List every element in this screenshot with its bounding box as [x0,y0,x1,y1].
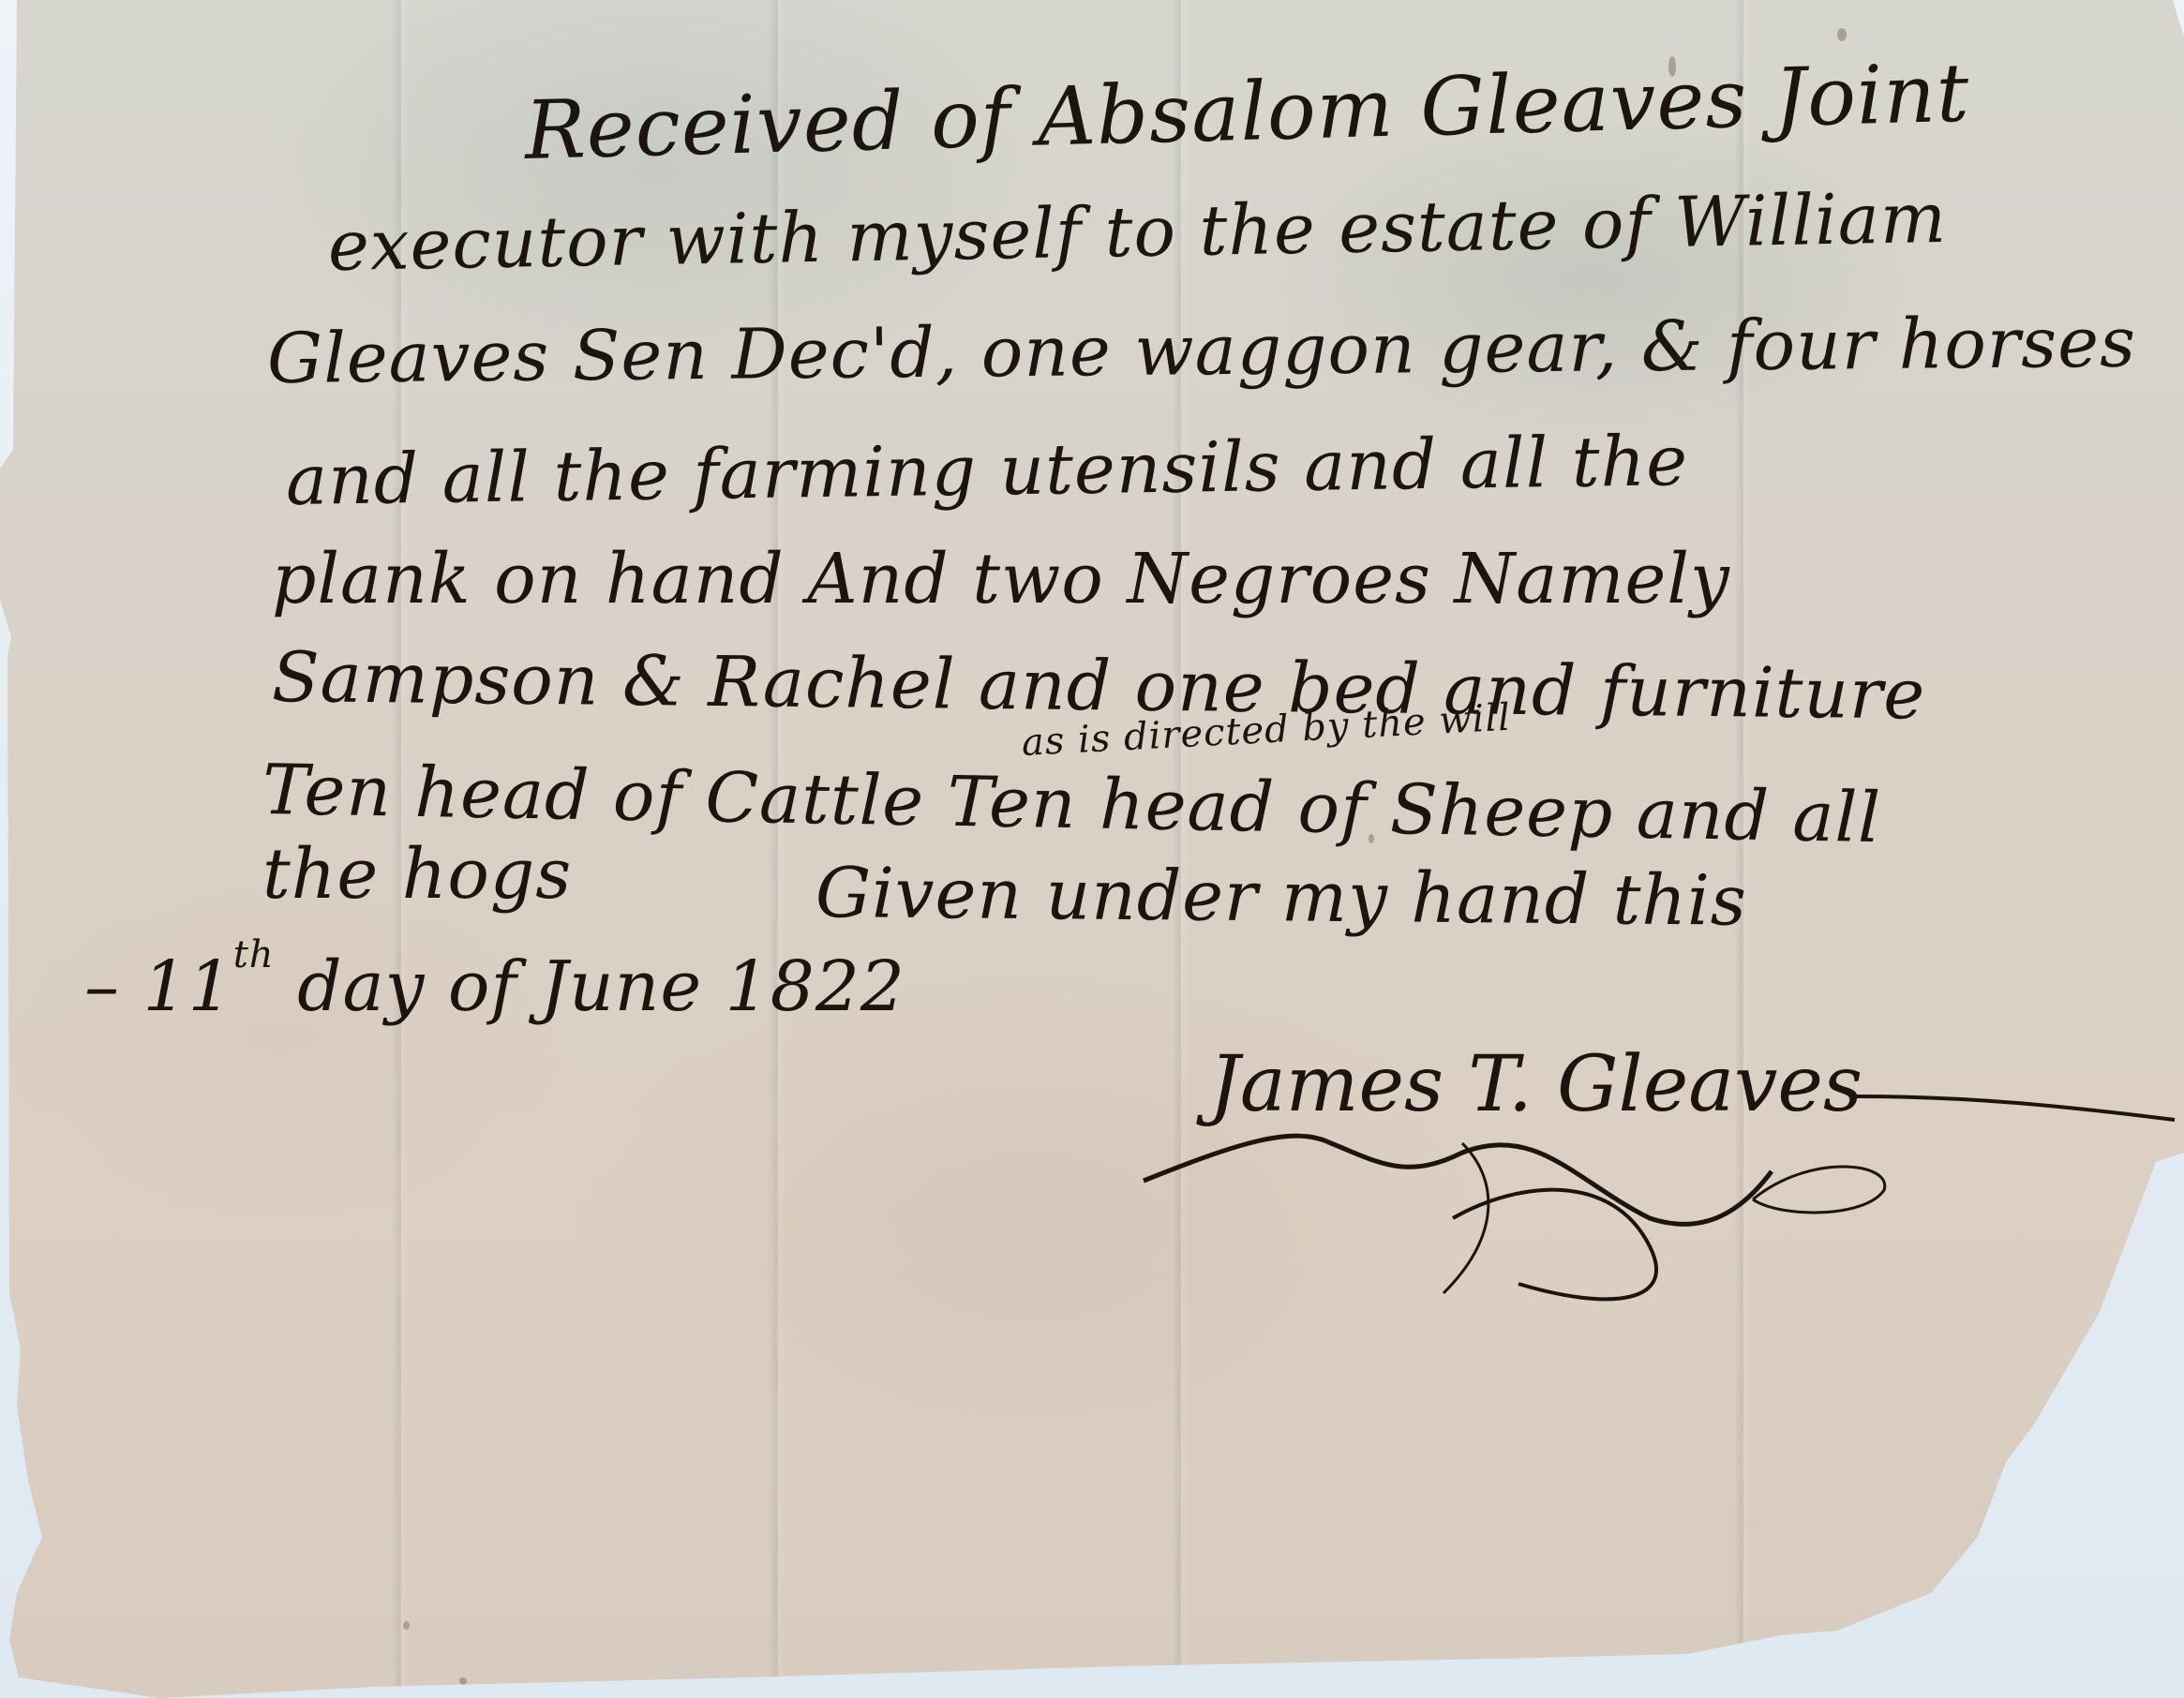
date-prefix-mark: – [84,946,120,1027]
document-line-3: Gleaves Sen Dec'd, one waggon gear, & fo… [267,303,2137,399]
document-line-5: plank on hand And two Negroes Namely [272,539,1730,619]
document-line-9: Given under my hand this [815,853,1748,942]
date-line: – 11th day of June 1822 [84,946,905,1027]
signature: James T. Gleaves [1209,1040,1862,1129]
stain [459,1677,467,1685]
stain [403,1621,410,1630]
date-day: 11 [143,946,233,1027]
date-day-suffix: th [233,933,275,976]
document-line-8: the hogs [262,834,572,915]
date-text: day of June 1822 [297,946,905,1027]
stain [1837,28,1847,41]
